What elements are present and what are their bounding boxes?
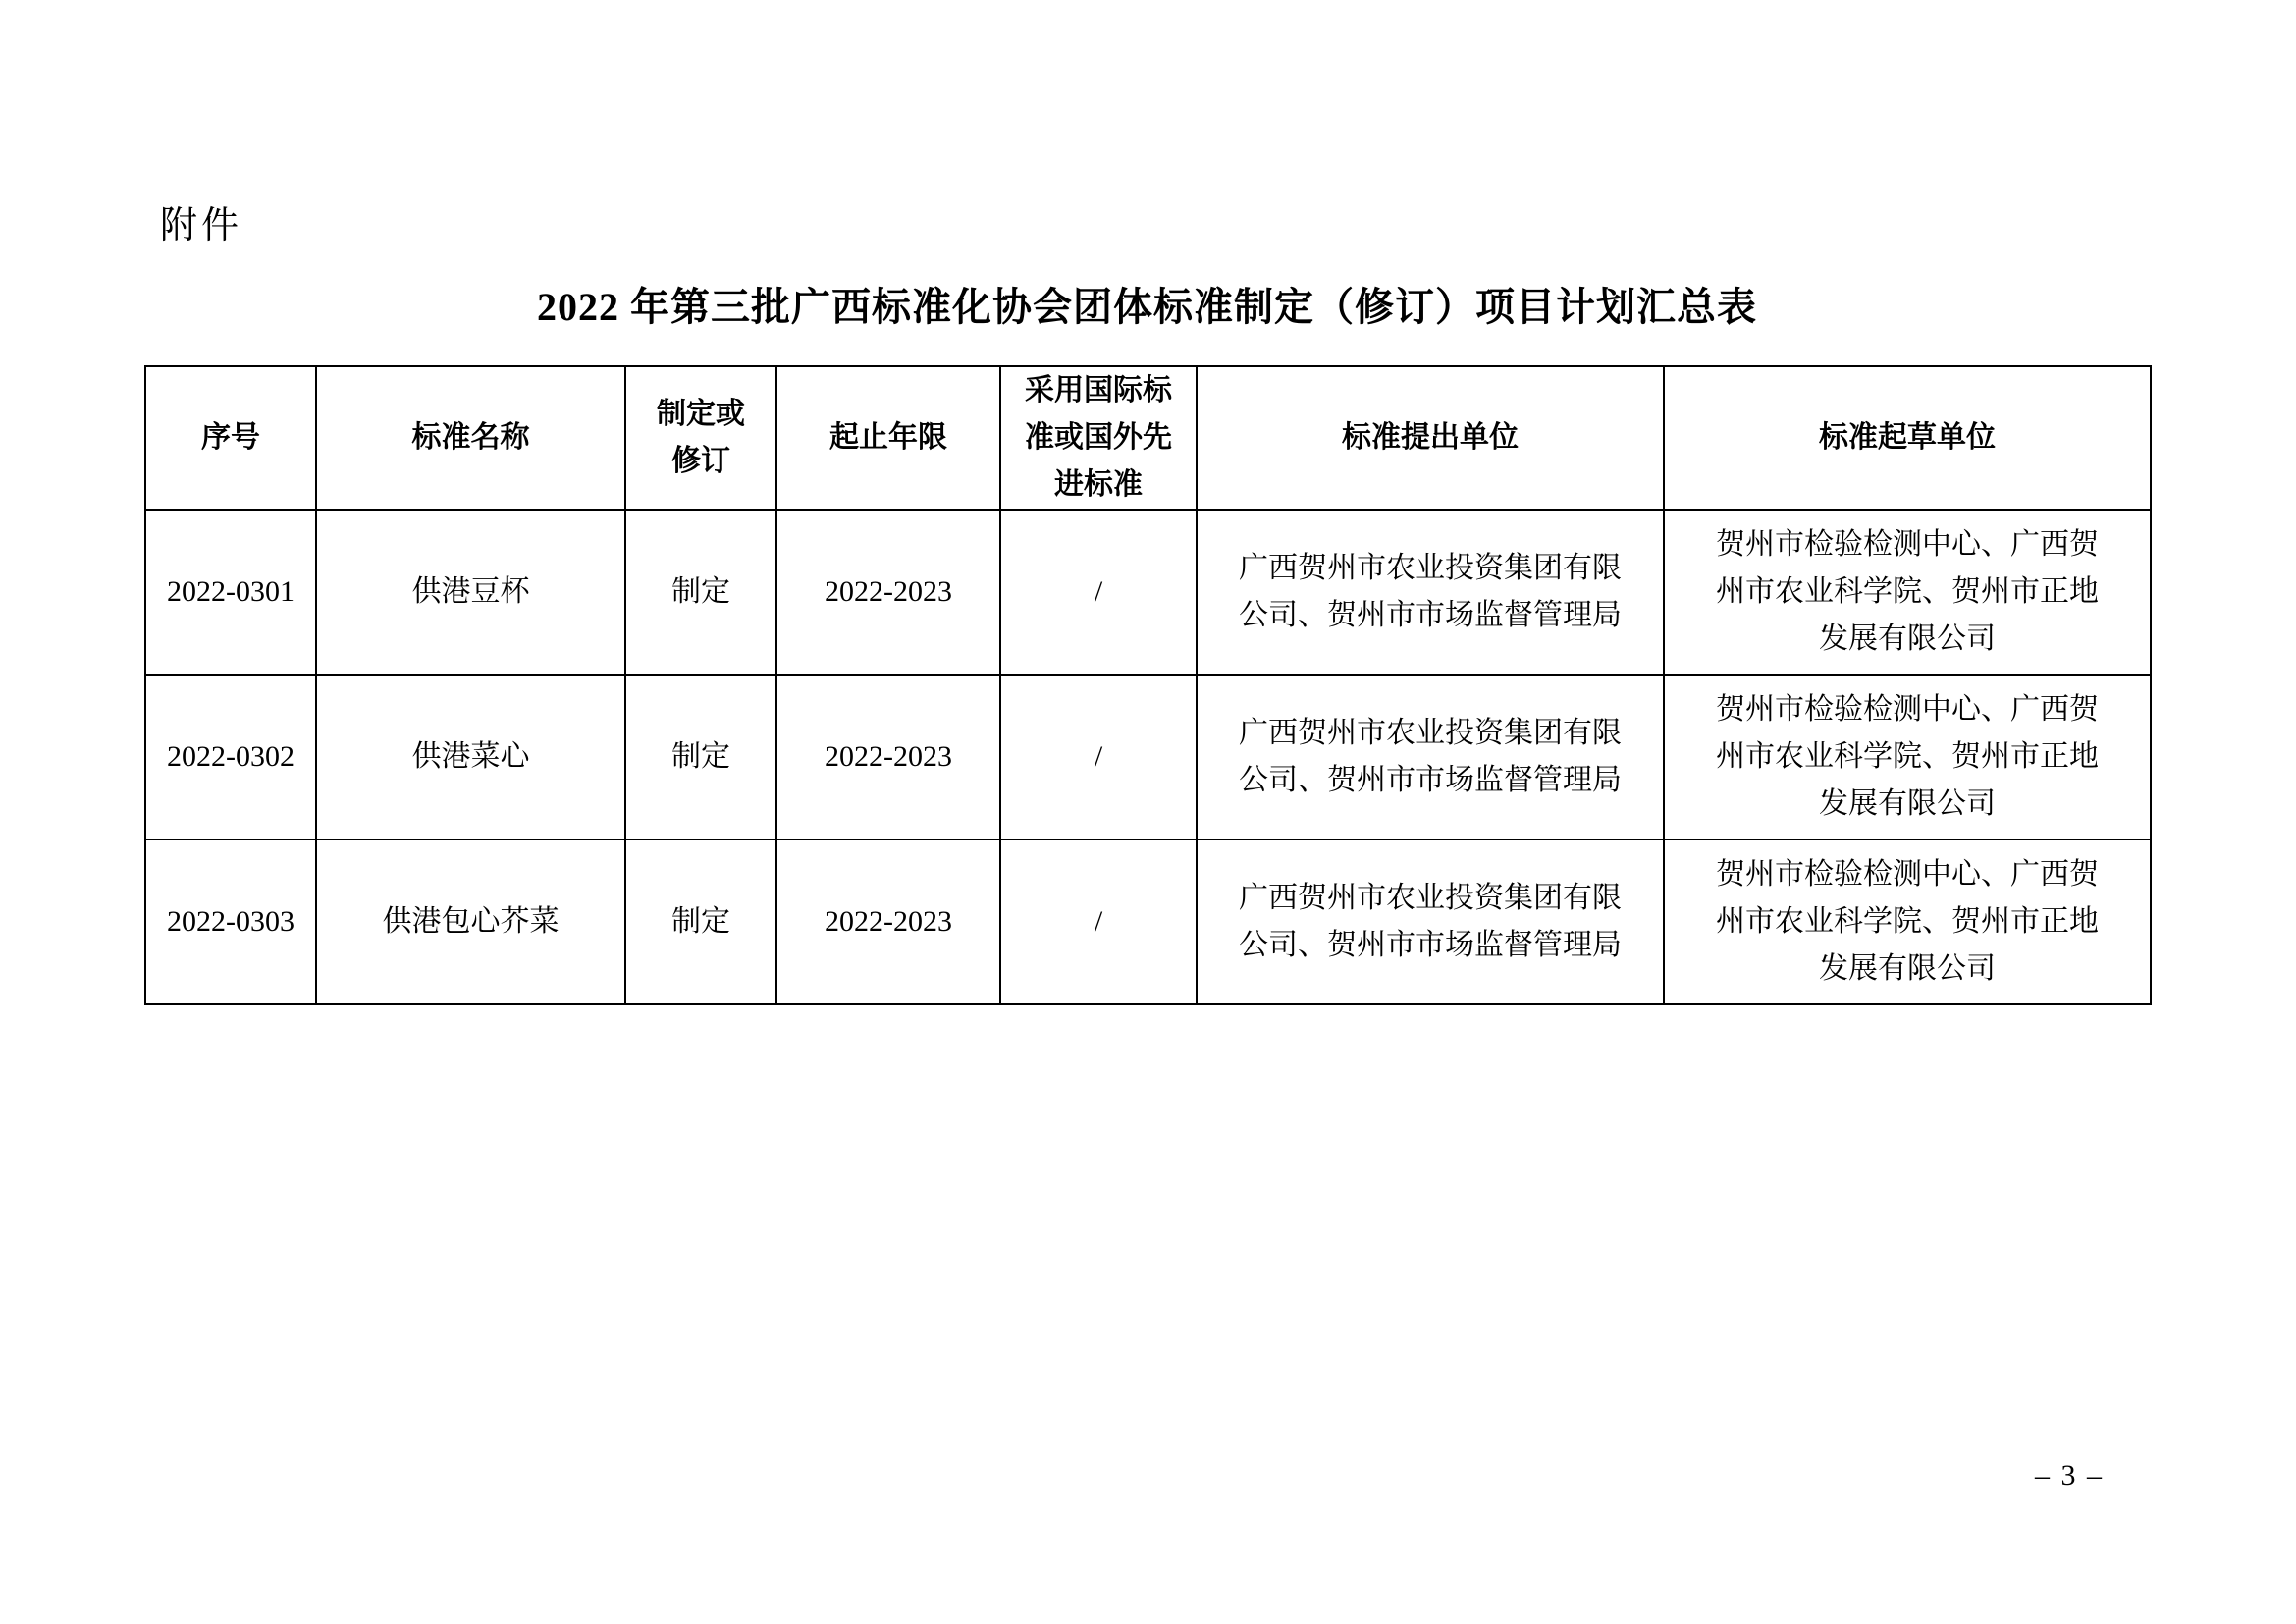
document-page: 附件 2022 年第三批广西标准化协会团体标准制定（修订）项目计划汇总表 序号 … <box>0 0 2296 1624</box>
cell-proposer: 广西贺州市农业投资集团有限公司、贺州市市场监督管理局 <box>1197 510 1664 675</box>
table-row: 2022-0303 供港包心芥菜 制定 2022-2023 / 广西贺州市农业投… <box>145 839 2151 1004</box>
cell-mode: 制定 <box>625 510 776 675</box>
table-row: 2022-0301 供港豆杯 制定 2022-2023 / 广西贺州市农业投资集… <box>145 510 2151 675</box>
page-number: – 3 – <box>2035 1459 2104 1492</box>
header-mode: 制定或修订 <box>625 366 776 510</box>
cell-seq: 2022-0302 <box>145 675 316 839</box>
cell-standard-name: 供港包心芥菜 <box>316 839 625 1004</box>
cell-mode: 制定 <box>625 675 776 839</box>
table-header-row: 序号 标准名称 制定或修订 起止年限 采用国际标准或国外先进标准 标准提出单位 … <box>145 366 2151 510</box>
cell-years: 2022-2023 <box>776 510 1000 675</box>
cell-mode: 制定 <box>625 839 776 1004</box>
cell-drafter: 贺州市检验检测中心、广西贺州市农业科学院、贺州市正地发展有限公司 <box>1664 675 2151 839</box>
cell-proposer: 广西贺州市农业投资集团有限公司、贺州市市场监督管理局 <box>1197 839 1664 1004</box>
cell-years: 2022-2023 <box>776 675 1000 839</box>
cell-standard-name: 供港菜心 <box>316 675 625 839</box>
cell-proposer: 广西贺州市农业投资集团有限公司、贺州市市场监督管理局 <box>1197 675 1664 839</box>
header-drafter: 标准起草单位 <box>1664 366 2151 510</box>
header-proposer: 标准提出单位 <box>1197 366 1664 510</box>
cell-intl: / <box>1000 839 1197 1004</box>
cell-drafter: 贺州市检验检测中心、广西贺州市农业科学院、贺州市正地发展有限公司 <box>1664 510 2151 675</box>
cell-standard-name: 供港豆杯 <box>316 510 625 675</box>
cell-years: 2022-2023 <box>776 839 1000 1004</box>
table-row: 2022-0302 供港菜心 制定 2022-2023 / 广西贺州市农业投资集… <box>145 675 2151 839</box>
plan-summary-table: 序号 标准名称 制定或修订 起止年限 采用国际标准或国外先进标准 标准提出单位 … <box>144 365 2152 1005</box>
header-seq: 序号 <box>145 366 316 510</box>
cell-intl: / <box>1000 510 1197 675</box>
cell-drafter: 贺州市检验检测中心、广西贺州市农业科学院、贺州市正地发展有限公司 <box>1664 839 2151 1004</box>
cell-intl: / <box>1000 675 1197 839</box>
attachment-label: 附件 <box>160 194 242 248</box>
header-years: 起止年限 <box>776 366 1000 510</box>
header-standard-name: 标准名称 <box>316 366 625 510</box>
cell-seq: 2022-0303 <box>145 839 316 1004</box>
header-intl-standard: 采用国际标准或国外先进标准 <box>1000 366 1197 510</box>
document-title: 2022 年第三批广西标准化协会团体标准制定（修订）项目计划汇总表 <box>144 276 2150 332</box>
cell-seq: 2022-0301 <box>145 510 316 675</box>
